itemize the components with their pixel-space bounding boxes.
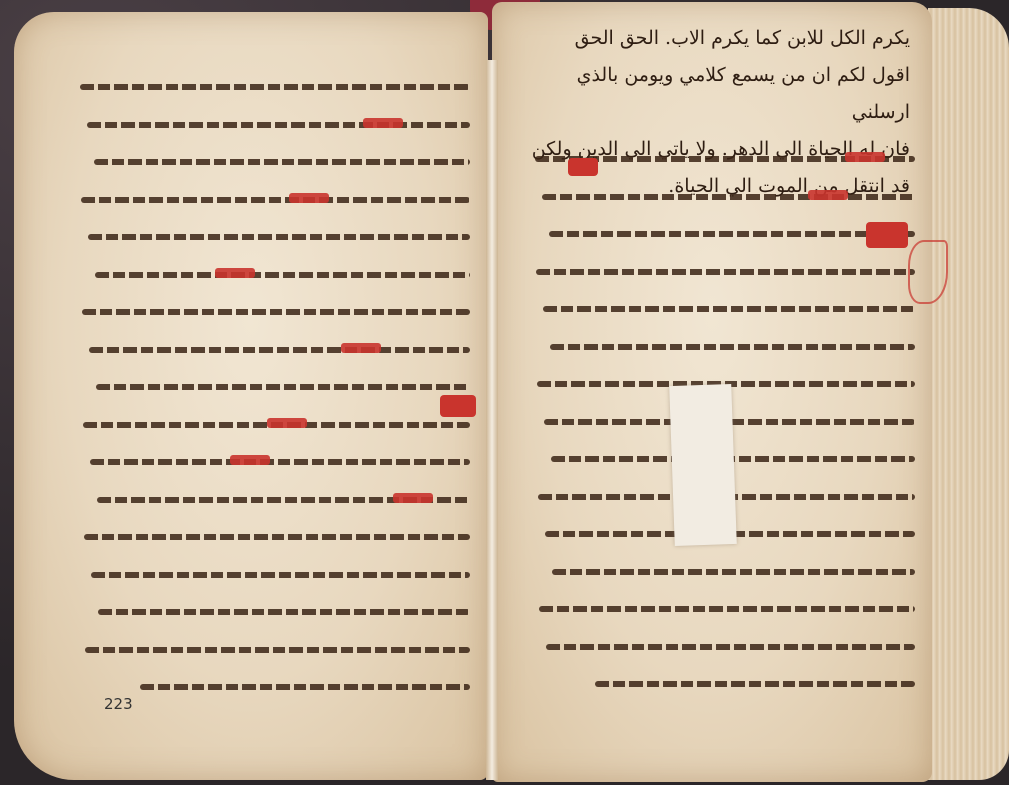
red-rubric — [341, 343, 381, 353]
ink-stroke — [85, 647, 470, 653]
red-initial-right — [866, 222, 908, 248]
ink-stroke — [87, 122, 470, 128]
ink-stroke — [80, 84, 470, 90]
ink-stroke — [543, 306, 915, 312]
script-line — [520, 628, 915, 666]
red-rubric — [289, 193, 329, 203]
script-line — [70, 106, 470, 144]
ink-stroke — [82, 309, 470, 315]
script-line — [70, 68, 470, 106]
ink-stroke — [91, 572, 470, 578]
script-line — [70, 556, 470, 594]
paper-repair-patch — [669, 384, 737, 546]
red-rubric — [215, 268, 255, 278]
ink-stroke — [94, 159, 470, 165]
script-line — [520, 665, 915, 703]
script-line — [70, 593, 470, 631]
ink-stroke — [98, 609, 470, 615]
script-line — [70, 481, 470, 519]
ink-stroke — [89, 347, 470, 353]
script-line — [70, 293, 470, 331]
red-initial-rubric — [568, 158, 598, 176]
red-rubric — [393, 493, 433, 503]
left-page-text — [70, 68, 470, 706]
red-initial-left — [440, 395, 476, 417]
gutter-fold — [486, 60, 498, 780]
script-line — [70, 256, 470, 294]
script-line — [70, 518, 470, 556]
script-line — [70, 406, 470, 444]
ink-stroke — [550, 344, 915, 350]
script-line — [70, 143, 470, 181]
ink-stroke — [81, 197, 470, 203]
red-rubric — [230, 455, 270, 465]
ink-stroke — [95, 272, 470, 278]
ink-stroke — [84, 534, 470, 540]
script-line — [520, 215, 915, 253]
ink-stroke — [140, 684, 470, 690]
script-line — [70, 631, 470, 669]
script-line — [70, 443, 470, 481]
ink-stroke — [96, 384, 470, 390]
ink-stroke — [539, 606, 915, 612]
script-line — [520, 178, 915, 216]
ink-stroke — [546, 644, 915, 650]
red-rubric — [363, 118, 403, 128]
folio-number: 223 — [104, 695, 133, 713]
ink-stroke — [552, 569, 915, 575]
red-rubric — [267, 418, 307, 428]
ink-stroke — [90, 459, 470, 465]
page-edges — [928, 8, 1009, 780]
arabic-line: اقول لكم ان من يسمع كلامي ويومن بالذي ار… — [520, 57, 910, 131]
script-line — [520, 253, 915, 291]
script-line — [70, 368, 470, 406]
red-rubric — [845, 152, 885, 162]
ink-stroke — [549, 231, 915, 237]
ink-stroke — [542, 194, 915, 200]
script-line — [70, 218, 470, 256]
ink-stroke — [88, 234, 470, 240]
script-line — [520, 328, 915, 366]
ink-stroke — [536, 269, 915, 275]
script-line — [70, 331, 470, 369]
script-line — [70, 181, 470, 219]
red-rubric — [808, 190, 848, 200]
marginal-red-note — [908, 240, 948, 304]
ink-stroke — [595, 681, 915, 687]
arabic-line: يكرم الكل للابن كما يكرم الاب. الحق الحق — [520, 20, 910, 57]
script-line — [520, 290, 915, 328]
script-line — [520, 590, 915, 628]
script-line — [520, 553, 915, 591]
